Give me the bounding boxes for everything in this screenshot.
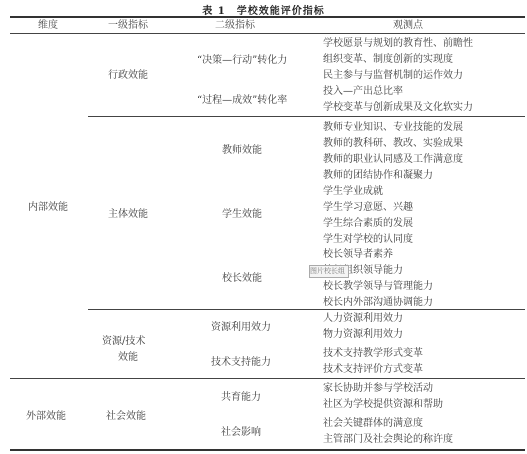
overlay-tooltip: 图片校长组: [309, 265, 349, 278]
top-rule: [10, 16, 525, 18]
obs-teacher: 教师专业知识、专业技能的发展 教师的教科研、教改、实验成果 教师的职业认同感及工…: [323, 120, 463, 184]
obs-item: 社区为学校提供资源和帮助: [323, 397, 443, 413]
header-dimension: 维度: [38, 18, 58, 33]
obs-item: 物力资源利用效力: [323, 327, 403, 343]
obs-item: 学生学习意愿、兴趣: [323, 200, 413, 216]
level1-social: 社会效能: [106, 409, 146, 424]
header-rule: [10, 33, 525, 34]
level2-teacher: 教师效能: [222, 143, 262, 158]
level2-tech-support: 技术支持能力: [211, 355, 271, 370]
obs-item: 人力资源利用效力: [323, 311, 403, 327]
obs-item: 社会关键群体的满意度: [323, 416, 453, 432]
level1-resource: 资源/技术: [102, 334, 145, 349]
level2-process: “过程—成效”转化率: [197, 93, 287, 108]
obs-item: 学生对学校的认同度: [323, 232, 413, 248]
obs-item: 技术支持教学形式变革: [323, 346, 423, 362]
obs-item: 校长教学领导与管理能力: [323, 279, 433, 295]
obs-student: 学生学业成就 学生学习意愿、兴趣 学生综合素质的发展 学生对学校的认同度: [323, 184, 413, 248]
obs-item: 校长内外部沟通协调能力: [323, 295, 433, 311]
obs-item: 学校变革与创新成果及文化软实力: [323, 100, 473, 116]
obs-item: 校长领导者素养: [323, 247, 433, 263]
header-observation: 观测点: [393, 18, 423, 33]
obs-item: 民主参与与监督机制的运作效力: [323, 68, 473, 84]
level2-social-impact: 社会影响: [221, 425, 261, 440]
obs-item: 技术支持评价方式变革: [323, 362, 423, 378]
row-rule-admin: [88, 116, 525, 117]
level2-decision: “决策—行动”转化力: [197, 53, 287, 68]
dimension-internal: 内部效能: [28, 200, 68, 215]
obs-decision: 学校愿景与规划的教育性、前瞻性 组织变革、制度创新的实现度 民主参与与监督机制的…: [323, 36, 473, 84]
obs-item: 教师的职业认同感及工作满意度: [323, 152, 463, 168]
obs-item: 教师的教科研、教改、实验成果: [323, 136, 463, 152]
obs-tech-support: 技术支持教学形式变革 技术支持评价方式变革: [323, 346, 423, 378]
header-level1: 一级指标: [108, 18, 148, 33]
obs-social-impact: 社会关键群体的满意度 主管部门及社会舆论的称许度: [323, 416, 453, 448]
obs-item: 学校愿景与规划的教育性、前瞻性: [323, 36, 473, 52]
level2-student: 学生效能: [222, 207, 262, 222]
obs-resource-use: 人力资源利用效力 物力资源利用效力: [323, 311, 403, 343]
row-rule-subject: [88, 309, 525, 310]
level2-resource-use: 资源利用效力: [211, 320, 271, 335]
level1-admin: 行政效能: [108, 68, 148, 83]
table-title: 表 1 学校效能评价指标: [0, 2, 527, 17]
level2-principal: 校长效能: [222, 271, 262, 286]
obs-coeducation: 家长协助并参与学校活动 社区为学校提供资源和帮助: [323, 381, 443, 413]
dimension-external: 外部效能: [26, 409, 66, 424]
obs-item: 主管部门及社会舆论的称许度: [323, 432, 453, 448]
obs-item: 教师专业知识、专业技能的发展: [323, 120, 463, 136]
obs-process: 投入—产出总比率 学校变革与创新成果及文化软实力: [323, 84, 473, 116]
header-level2: 二级指标: [215, 18, 255, 33]
obs-item: 学生学业成就: [323, 184, 413, 200]
level2-coeducation: 共育能力: [221, 390, 261, 405]
obs-item: 教师的团结协作和凝聚力: [323, 168, 463, 184]
level1-resource-2: 效能: [118, 350, 138, 365]
obs-item: 组织变革、制度创新的实现度: [323, 52, 473, 68]
level1-subject: 主体效能: [108, 207, 148, 222]
obs-item: 投入—产出总比率: [323, 84, 473, 100]
row-rule-internal: [10, 378, 525, 379]
obs-item: 家长协助并参与学校活动: [323, 381, 443, 397]
obs-principal: 校长领导者素养 校长组织领导能力 校长教学领导与管理能力 校长内外部沟通协调能力: [323, 247, 433, 311]
bottom-rule: [10, 449, 525, 451]
obs-item: 学生综合素质的发展: [323, 216, 413, 232]
